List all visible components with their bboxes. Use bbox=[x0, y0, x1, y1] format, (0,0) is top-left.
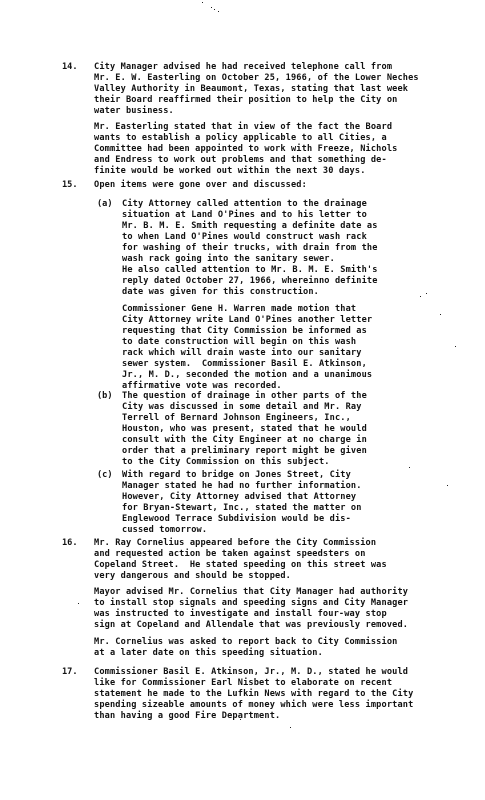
scan-speck bbox=[440, 314, 441, 315]
subitem-a-paragraph-3: Commissioner Gene H. Warren made motion … bbox=[122, 304, 372, 392]
subitem-a-paragraph-2: He also called attention to Mr. B. M. E.… bbox=[122, 265, 378, 298]
item-14-paragraph-1: City Manager advised he had received tel… bbox=[94, 62, 419, 117]
line: Mr. Easterling stated that in view of th… bbox=[94, 122, 392, 132]
scan-speck bbox=[409, 467, 410, 468]
scan-speck bbox=[202, 2, 203, 3]
line: wash rack going into the sanitary sewer. bbox=[122, 254, 335, 264]
line: at a later date on this speeding situati… bbox=[94, 648, 323, 658]
line: to install stop signals and speeding sig… bbox=[94, 598, 408, 608]
line: reply dated October 27, 1966, whereinno … bbox=[122, 276, 378, 286]
document-page: 14. City Manager advised he had received… bbox=[0, 0, 485, 800]
item-14-paragraph-2: Mr. Easterling stated that in view of th… bbox=[94, 122, 397, 177]
scan-speck bbox=[240, 719, 241, 720]
item-17-paragraph-1: Commissioner Basil E. Atkinson, Jr., M. … bbox=[94, 667, 413, 722]
scan-speck bbox=[211, 7, 212, 8]
line: for Bryan-Stewart, Inc., stated the matt… bbox=[122, 503, 362, 513]
line: He also called attention to Mr. B. M. E.… bbox=[122, 265, 378, 275]
line: Commissioner Basil E. Atkinson, Jr., M. … bbox=[94, 667, 408, 677]
subitem-a-paragraph-1: City Attorney called attention to the dr… bbox=[122, 199, 378, 265]
item-number-14: 14. bbox=[62, 62, 78, 73]
line: situation at Land O'Pines and to his let… bbox=[122, 210, 367, 220]
line: for washing of their trucks, with drain … bbox=[122, 243, 378, 253]
subitem-label-c: (c) bbox=[97, 470, 113, 481]
scan-speck bbox=[214, 9, 215, 10]
line: water business. bbox=[94, 106, 174, 116]
line: Committee had been appointed to work wit… bbox=[94, 144, 397, 154]
line: spending sizeable amounts of money which… bbox=[94, 700, 413, 710]
line: sign at Copeland and Allendale that was … bbox=[94, 620, 408, 630]
line: and Endress to work out problems and tha… bbox=[94, 155, 387, 165]
line: Mayor advised Mr. Cornelius that City Ma… bbox=[94, 587, 408, 597]
item-number-15: 15. bbox=[62, 180, 78, 191]
line: date was given for this construction. bbox=[122, 287, 319, 297]
line: to date construction will begin on this … bbox=[122, 337, 356, 347]
item-number-17: 17. bbox=[62, 667, 78, 678]
line: However, City Attorney advised that Atto… bbox=[122, 492, 356, 502]
line: Manager stated he had no further informa… bbox=[122, 481, 362, 491]
item-number-16: 16. bbox=[62, 538, 78, 549]
line: and requested action be taken against sp… bbox=[94, 549, 366, 559]
item-16-paragraph-3: Mr. Cornelius was asked to report back t… bbox=[94, 637, 397, 659]
line: like for Commissioner Earl Nisbet to ela… bbox=[94, 678, 392, 688]
line: rack which will drain waste into our san… bbox=[122, 348, 362, 358]
line: With regard to bridge on Jones Street, C… bbox=[122, 470, 351, 480]
line: City Attorney called attention to the dr… bbox=[122, 199, 367, 209]
line: Commissioner Gene H. Warren made motion … bbox=[122, 304, 356, 314]
line: was instructed to investigate and instal… bbox=[94, 609, 387, 619]
line: Mr. B. M. E. Smith requesting a definite… bbox=[122, 221, 378, 231]
line: Houston, who was present, stated that he… bbox=[122, 424, 367, 434]
line: City was discussed in some detail and Mr… bbox=[122, 402, 362, 412]
line: their Board reaffirmed their position to… bbox=[94, 95, 397, 105]
line: Englewood Terrace Subdivision would be d… bbox=[122, 514, 351, 524]
scan-speck bbox=[455, 346, 456, 347]
line: to when Land O'Pines would construct was… bbox=[122, 232, 367, 242]
line: Mr. Ray Cornelius appeared before the Ci… bbox=[94, 538, 376, 548]
subitem-c-paragraph-1: With regard to bridge on Jones Street, C… bbox=[122, 470, 362, 536]
scan-speck bbox=[447, 485, 448, 486]
line: Jr., M. D., seconded the motion and a un… bbox=[122, 370, 372, 380]
line: sewer system. Commissioner Basil E. Atki… bbox=[122, 359, 367, 369]
line: requesting that City Commission be infor… bbox=[122, 326, 367, 336]
line: Valley Authority in Beaumont, Texas, sta… bbox=[94, 84, 408, 94]
line: The question of drainage in other parts … bbox=[122, 391, 367, 401]
scan-speck bbox=[426, 293, 427, 294]
line: Copeland Street. He stated speeding on t… bbox=[94, 560, 387, 570]
line: City Manager advised he had received tel… bbox=[94, 62, 392, 72]
item-16-paragraph-1: Mr. Ray Cornelius appeared before the Ci… bbox=[94, 538, 387, 582]
subitem-label-b: (b) bbox=[97, 391, 113, 402]
scan-speck bbox=[420, 296, 421, 297]
item-16-paragraph-2: Mayor advised Mr. Cornelius that City Ma… bbox=[94, 587, 408, 631]
scan-speck bbox=[218, 11, 219, 12]
line: than having a good Fire Department. bbox=[94, 711, 280, 721]
line: Mr. E. W. Easterling on October 25, 1966… bbox=[94, 73, 419, 83]
line: very dangerous and should be stopped. bbox=[94, 571, 291, 581]
line: Mr. Cornelius was asked to report back t… bbox=[94, 637, 397, 647]
item-15-intro: Open items were gone over and discussed: bbox=[94, 180, 307, 191]
line: cussed tomorrow. bbox=[122, 525, 207, 535]
line: Terrell of Bernard Johnson Engineers, In… bbox=[122, 413, 351, 423]
line: to the City Commission on this subject. bbox=[122, 457, 330, 467]
scan-speck bbox=[78, 603, 79, 604]
line: order that a preliminary report might be… bbox=[122, 446, 367, 456]
subitem-label-a: (a) bbox=[97, 199, 113, 210]
line: statement he made to the Lufkin News wit… bbox=[94, 689, 413, 699]
line: consult with the City Engineer at no cha… bbox=[122, 435, 367, 445]
scan-speck bbox=[290, 727, 291, 728]
line: wants to establish a policy applicable t… bbox=[94, 133, 387, 143]
line: finite would be worked out within the ne… bbox=[94, 166, 366, 176]
line: City Attorney write Land O'Pines another… bbox=[122, 315, 372, 325]
line: affirmative vote was recorded. bbox=[122, 381, 282, 391]
subitem-b-paragraph-1: The question of drainage in other parts … bbox=[122, 391, 367, 468]
